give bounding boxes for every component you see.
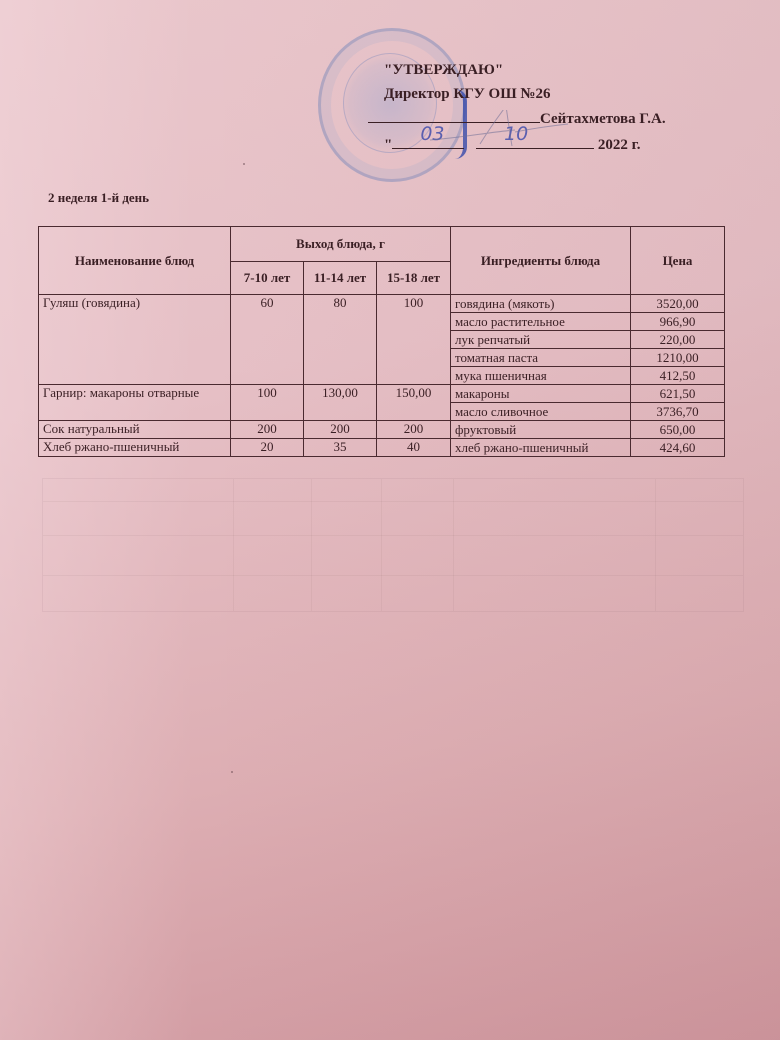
ingredient-price: 412,50 [631,367,725,385]
date-quote: " [384,137,392,153]
ingredient-price: 650,00 [631,421,725,439]
yield-11-14: 35 [304,439,377,457]
handwritten-signature [420,110,570,150]
ingredient-name: масло растительное [451,313,631,331]
approval-position: Директор КГУ ОШ №26 [384,82,551,106]
header-age-11-14: 11-14 лет [304,262,377,295]
ingredient-name: фруктовый [451,421,631,439]
ingredient-price: 220,00 [631,331,725,349]
header-yield: Выход блюда, г [231,227,451,262]
dish-name: Хлеб ржано-пшеничный [39,439,231,457]
table-row: Хлеб ржано-пшеничный203540хлеб ржано-пше… [39,439,725,457]
header-dish-name: Наименование блюд [39,227,231,295]
ingredient-price: 621,50 [631,385,725,403]
yield-15-18: 200 [377,421,451,439]
header-age-15-18: 15-18 лет [377,262,451,295]
yield-7-10: 20 [231,439,304,457]
ingredient-name: лук репчатый [451,331,631,349]
header-price: Цена [631,227,725,295]
date-year: 2022 г. [598,137,641,153]
ingredient-name: томатная паста [451,349,631,367]
ingredient-price: 3736,70 [631,403,725,421]
speck [231,771,233,773]
yield-11-14: 80 [304,295,377,385]
header-ingredients: Ингредиенты блюда [451,227,631,295]
yield-15-18: 40 [377,439,451,457]
ingredient-price: 1210,00 [631,349,725,367]
dish-name: Сок натуральный [39,421,231,439]
speck [243,163,245,165]
yield-11-14: 130,00 [304,385,377,421]
yield-15-18: 150,00 [377,385,451,421]
approval-heading: "УТВЕРЖДАЮ" [384,58,503,82]
menu-table: Наименование блюд Выход блюда, г Ингреди… [38,226,725,457]
table-row: Гуляш (говядина)6080100говядина (мякоть)… [39,295,725,313]
ingredient-name: говядина (мякоть) [451,295,631,313]
yield-7-10: 100 [231,385,304,421]
ingredient-name: мука пшеничная [451,367,631,385]
menu-table-body: Гуляш (говядина)6080100говядина (мякоть)… [39,295,725,457]
dish-name: Гарнир: макароны отварные [39,385,231,421]
header-age-7-10: 7-10 лет [231,262,304,295]
ingredient-name: масло сливочное [451,403,631,421]
table-row: Гарнир: макароны отварные100130,00150,00… [39,385,725,403]
ingredient-name: хлеб ржано-пшеничный [451,439,631,457]
table-row: Сок натуральный200200200фруктовый650,00 [39,421,725,439]
ingredient-name: макароны [451,385,631,403]
bleed-through-table [42,478,744,612]
menu-day-title: 2 неделя 1-й день [48,190,149,206]
ingredient-price: 3520,00 [631,295,725,313]
yield-7-10: 60 [231,295,304,385]
yield-15-18: 100 [377,295,451,385]
ingredient-price: 966,90 [631,313,725,331]
dish-name: Гуляш (говядина) [39,295,231,385]
yield-11-14: 200 [304,421,377,439]
ingredient-price: 424,60 [631,439,725,457]
yield-7-10: 200 [231,421,304,439]
